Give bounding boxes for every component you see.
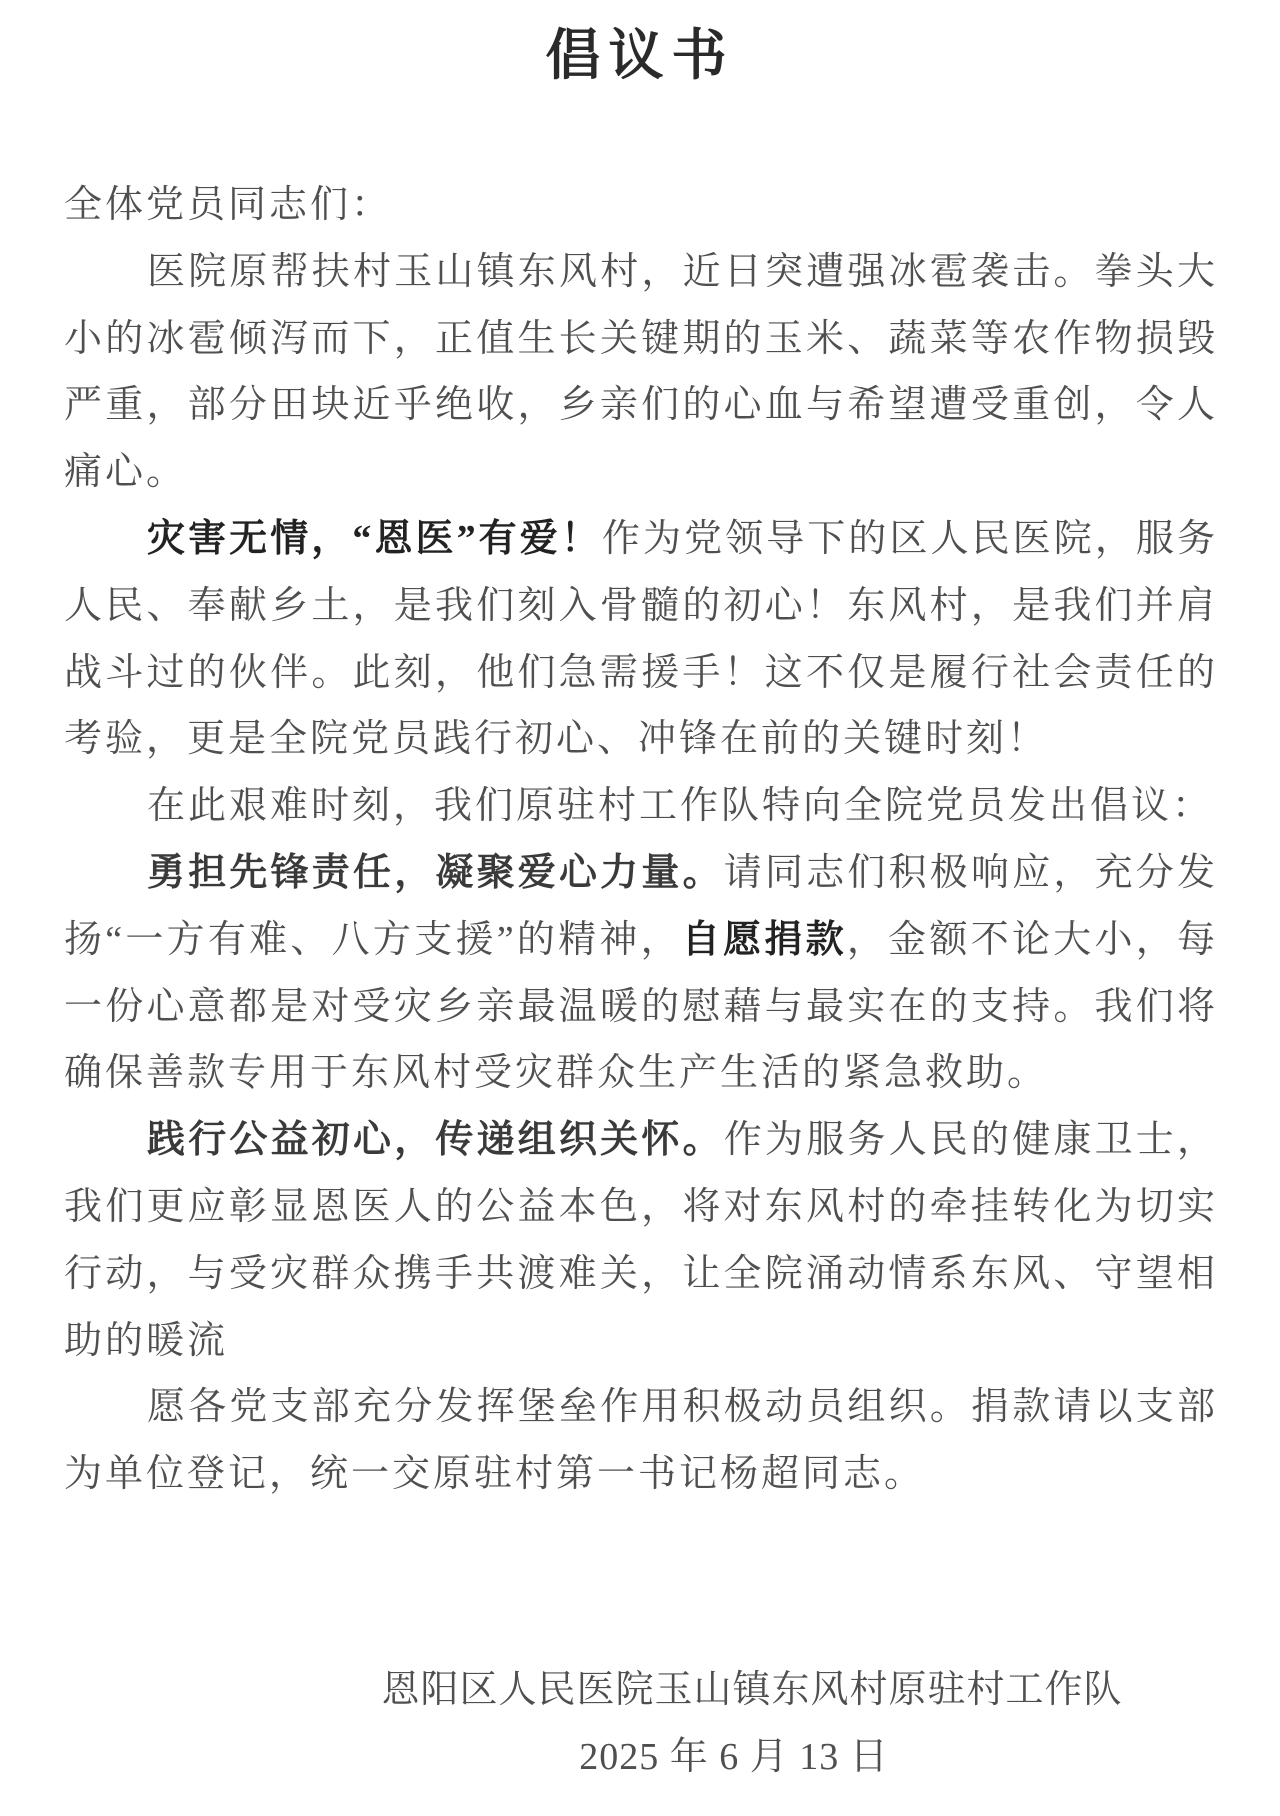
emphasis-text-run: 灾害无情，“恩医”有爱！: [147, 518, 602, 560]
paragraph-public-welfare: 践行公益初心，传递组织关怀。作为服务人民的健康卫士，我们更应彰显恩医人的公益本色…: [64, 1107, 1218, 1374]
text-run: 在此艰难时刻，我们原驻村工作队特向全院党员发出倡议：: [147, 785, 1213, 827]
paragraph-initiative-intro: 在此艰难时刻，我们原驻村工作队特向全院党员发出倡议：: [64, 773, 1218, 840]
signature-block: 恩阳区人民医院玉山镇东风村原驻村工作队 2025 年 6 月 13 日: [0, 1657, 1280, 1791]
salutation: 全体党员同志们：: [64, 172, 1218, 239]
emphasis-text-run: 勇担先锋责任，凝聚爱心力量。: [147, 852, 724, 894]
text-run: 愿各党支部充分发挥堡垒作用积极动员组织。捐款请以支部为单位登记，统一交原驻村第一…: [64, 1386, 1218, 1495]
document-title: 倡议书: [0, 0, 1280, 86]
paragraph-disaster-report: 医院原帮扶村玉山镇东风村，近日突遭强冰雹袭击。拳头大小的冰雹倾泻而下，正值生长关…: [64, 239, 1218, 506]
signature-date: 2025 年 6 月 13 日: [94, 1724, 1280, 1791]
paragraph-pledge-donate: 勇担先锋责任，凝聚爱心力量。请同志们积极响应，充分发扬“一方有难、八方支援”的精…: [64, 840, 1218, 1107]
text-run: 医院原帮扶村玉山镇东风村，近日突遭强冰雹袭击。拳头大小的冰雹倾泻而下，正值生长关…: [64, 251, 1218, 493]
emphasis-text-run: 自愿捐款: [682, 919, 847, 961]
signature-org: 恩阳区人民医院玉山镇东风村原驻村工作队: [112, 1657, 1280, 1724]
document-page: 倡议书 全体党员同志们： 医院原帮扶村玉山镇东风村，近日突遭强冰雹袭击。拳头大小…: [0, 0, 1280, 1816]
paragraph-branch-organize: 愿各党支部充分发挥堡垒作用积极动员组织。捐款请以支部为单位登记，统一交原驻村第一…: [64, 1374, 1218, 1508]
emphasis-text-run: 践行公益初心，传递组织关怀。: [147, 1119, 724, 1161]
document-body: 全体党员同志们： 医院原帮扶村玉山镇东风村，近日突遭强冰雹袭击。拳头大小的冰雹倾…: [0, 172, 1280, 1512]
paragraph-call-to-love: 灾害无情，“恩医”有爱！作为党领导下的区人民医院，服务人民、奉献乡土，是我们刻入…: [64, 506, 1218, 773]
